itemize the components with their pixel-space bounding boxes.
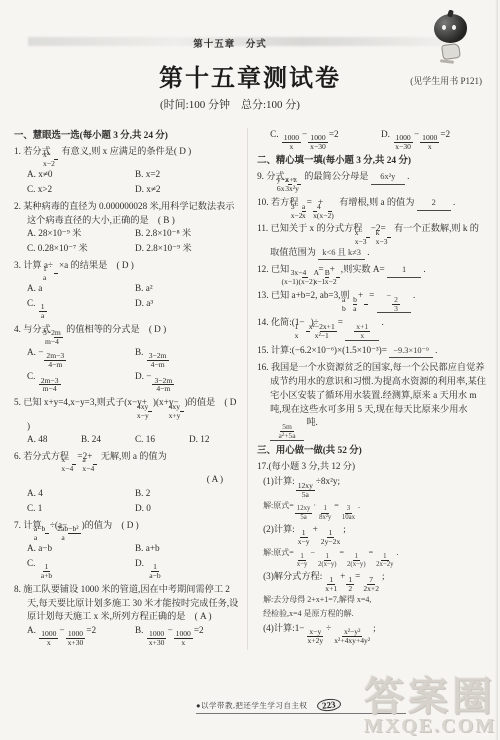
question-12: 12. 已知 3x−4(x−1)(x−2)=Ax−1+Bx−2,则实数 A= 1… bbox=[257, 263, 488, 286]
option-grid: A. 4 B. 2 C. 1 D. 0 bbox=[14, 487, 239, 516]
option-grid: C. 1000x−1000x−30=2 D. 1000x−30−1000x=2 bbox=[257, 128, 488, 151]
option-c: C. 1 bbox=[27, 502, 131, 516]
option-grid: A. x≠0 B. x=2 C. x>2 D. x≠2 bbox=[14, 168, 239, 197]
option-b: B. a² bbox=[135, 282, 239, 296]
option-grid: A. 1000x−1000x+30=2 B. 1000x+30−1000x=2 bbox=[14, 624, 239, 647]
question-16: 16. 我国是一个水资源贫乏的国家,每一个公民都应自觉养成节约用水的意识和习惯.… bbox=[257, 361, 488, 440]
option-grid: A. 48 B. 24 C. 16 D. 12 bbox=[14, 433, 239, 447]
option-c: C. 1a+b bbox=[27, 557, 131, 580]
option-grid: A. a−b B. a+b C. 1a+b D. 1a−b bbox=[14, 542, 239, 580]
chapter-header: 第十五章 分式 bbox=[0, 36, 460, 50]
option-d: D. x≠2 bbox=[135, 183, 239, 197]
question-17-intro: 17.(每小题 3 分,共 12 分) bbox=[257, 460, 488, 474]
option-grid: A. 28×10⁻⁹ 米 B. 2.8×10⁻⁸ 米 C. 0.28×10⁻⁷ … bbox=[14, 227, 239, 256]
question-15: 15. 计算:(−6.2×10⁻⁶)×(1.5×10⁻³)= −9.3×10⁻⁹… bbox=[257, 344, 488, 359]
mascot-eye-icon bbox=[442, 25, 446, 30]
two-column-body: 一、慧眼选一选(每小题 3 分,共 24 分) 1. 若分式 x²x−2 有意义… bbox=[14, 128, 488, 650]
option-a: A. 4 bbox=[27, 487, 131, 501]
answer-mark: ( A ) bbox=[14, 473, 239, 487]
option-c: C. x>2 bbox=[27, 183, 131, 197]
question-text: 3. 计算 a÷1a×a 的结果是 ( D ) bbox=[14, 259, 239, 282]
option-grid: A. a B. a² C. 1a D. a³ bbox=[14, 282, 239, 320]
question-17-part1: (1)计算:12xy5a÷8x²y; bbox=[257, 475, 488, 498]
solution-part3-line2: 经检验,x=4 是原方程的解. bbox=[257, 608, 488, 620]
question-8: 8. 施工队要铺设 1000 米的管道,因在中考期间需停工 2 天,每天要比原计… bbox=[14, 583, 239, 648]
question-4: 4. 与分式 3−2mm−4 的值相等的分式是 ( D ) A. −2m−34−… bbox=[14, 323, 239, 393]
option-b: B. 3−2m4−m bbox=[135, 346, 239, 369]
option-a: A. a bbox=[27, 282, 131, 296]
option-d: D. 1a−b bbox=[135, 557, 239, 580]
question-1: 1. 若分式 x²x−2 有意义,则 x 应满足的条件是( D ) A. x≠0… bbox=[14, 145, 239, 197]
question-2: 2. 某种病毒的直径为 0.000000028 米,用科学记数法表示这个病毒直径… bbox=[14, 200, 239, 256]
option-d: D. 0 bbox=[135, 502, 239, 516]
option-b: B. 1000x+30−1000x=2 bbox=[135, 624, 239, 647]
section3-heading: 三、用心做一做(共 52 分) bbox=[257, 444, 488, 458]
option-c: C. 1a bbox=[27, 297, 131, 320]
option-d: D. 2.8×10⁻⁹ 米 bbox=[135, 242, 239, 256]
right-column: C. 1000x−1000x−30=2 D. 1000x−30−1000x=2 … bbox=[247, 128, 488, 650]
question-10: 10. 若方程 3x−2=ax+4x(x−2) 有增根,则 a 的值为 2 . bbox=[257, 196, 488, 219]
question-3: 3. 计算 a÷1a×a 的结果是 ( D ) A. a B. a² C. 1a… bbox=[14, 259, 239, 320]
option-c: C. 16 bbox=[135, 433, 185, 447]
footer-note: ●以学带教,把还学生学习自主权 bbox=[196, 700, 307, 711]
option-b: B. a+b bbox=[135, 542, 239, 556]
question-11: 11. 已知关于 x 的分式方程 xx−3−2=kx−3 有一个正数解,则 k … bbox=[257, 222, 488, 260]
option-c: C. 1000x−1000x−30=2 bbox=[270, 128, 377, 151]
question-17-part2: (2)计算:1x−y+12y−2x; bbox=[257, 523, 488, 546]
title-row: 第十五章测试卷 (见学生用书 P121) bbox=[0, 58, 500, 98]
test-paper-page: 第十五章 分式 第十五章测试卷 (见学生用书 P121) (时间:100 分钟 … bbox=[0, 0, 500, 740]
question-text: 2. 某种病毒的直径为 0.000000028 米,用科学记数法表示这个病毒直径… bbox=[14, 200, 239, 228]
time-score-note: (时间:100 分钟 总分:100 分) bbox=[0, 96, 460, 112]
mascot-eye-icon bbox=[452, 25, 456, 30]
question-14: 14. 化简:(1−1x)÷x²−2x+1x²−1= x+1x . bbox=[257, 316, 488, 340]
solution-part2: 解:原式=1x−y−12(x−y)=12(x−y)=12x−2y. bbox=[257, 547, 488, 568]
option-d: D. 1000x−30−1000x=2 bbox=[381, 128, 488, 151]
option-a: A. 28×10⁻⁹ 米 bbox=[27, 227, 131, 241]
question-text: 8. 施工队要铺设 1000 米的管道,因在中考期间需停工 2 天,每天要比原计… bbox=[14, 583, 239, 624]
option-a: A. −2m−34−m bbox=[27, 346, 131, 369]
option-b: B. 2.8×10⁻⁸ 米 bbox=[135, 227, 239, 241]
option-grid: A. −2m−34−m B. 3−2m4−m C. 2m−3m−4 D. −3−… bbox=[14, 346, 239, 393]
question-7: 7. 计算 a−ba÷(a−2ab−b²a)的值为 ( D ) A. a−b B… bbox=[14, 519, 239, 580]
question-6: 6. 若分式方程 xx−4=2+ax−4 无解,则 a 的值为 ( A ) A.… bbox=[14, 450, 239, 516]
mascot-head-icon bbox=[434, 14, 467, 43]
solution-part1: 解:原式=12xy5a·18x²y=310ax. bbox=[257, 500, 488, 521]
section1-heading: 一、慧眼选一选(每小题 3 分,共 24 分) bbox=[14, 129, 239, 143]
option-d: D. 12 bbox=[189, 433, 239, 447]
question-17-part3: (3)解分式方程:1x+1+12=72x+2; bbox=[257, 570, 488, 593]
question-17-part4: (4)计算:1−x−yx+2y÷x²−y²x²+4xy+4y²; bbox=[257, 622, 488, 645]
page-number-badge: 223 bbox=[317, 698, 342, 712]
question-8-continued: C. 1000x−1000x−30=2 D. 1000x−30−1000x=2 bbox=[257, 128, 488, 151]
mascot-hair-icon bbox=[447, 9, 454, 17]
question-text: 7. 计算 a−ba÷(a−2ab−b²a)的值为 ( D ) bbox=[14, 519, 239, 542]
option-d: D. −3−2m4−m bbox=[135, 370, 239, 393]
question-13: 13. 已知 a+b=2, ab=3,则 ab+ba= −23 . bbox=[257, 289, 488, 313]
question-text: 6. 若分式方程 xx−4=2+ax−4 无解,则 a 的值为 bbox=[14, 450, 239, 473]
option-a: A. x≠0 bbox=[27, 168, 131, 182]
watermark-site: MXQE.COM bbox=[364, 715, 496, 738]
question-5: 5. 已知 x+y=4,x−y=3,则式子(x−y+4xyx−y)(x+y−4x… bbox=[14, 396, 239, 447]
question-text: 4. 与分式 3−2mm−4 的值相等的分式是 ( D ) bbox=[14, 323, 239, 346]
student-book-ref: (见学生用书 P121) bbox=[410, 74, 482, 87]
option-c: C. 2m−3m−4 bbox=[27, 370, 131, 393]
question-text: 5. 已知 x+y=4,x−y=3,则式子(x−y+4xyx−y)(x+y−4x… bbox=[14, 396, 239, 433]
option-a: A. a−b bbox=[27, 542, 131, 556]
option-b: B. 2 bbox=[135, 487, 239, 501]
option-a: A. 1000x−1000x+30=2 bbox=[27, 624, 131, 647]
question-9: 9. 分式 y−z6x,x+z3x²y 的最简公分母是 6x²y . bbox=[257, 170, 488, 193]
left-column: 一、慧眼选一选(每小题 3 分,共 24 分) 1. 若分式 x²x−2 有意义… bbox=[14, 128, 247, 650]
option-b: B. x=2 bbox=[135, 168, 239, 182]
option-d: D. a³ bbox=[135, 297, 239, 320]
question-text: 1. 若分式 x²x−2 有意义,则 x 应满足的条件是( D ) bbox=[14, 145, 239, 168]
option-a: A. 48 bbox=[27, 433, 77, 447]
solution-part3-line1: 解:去分母得 2+x+1=7,解得 x=4, bbox=[257, 594, 488, 606]
option-c: C. 0.28×10⁻⁷ 米 bbox=[27, 242, 131, 256]
section2-heading: 二、精心填一填(每小题 3 分,共 24 分) bbox=[257, 154, 488, 168]
option-b: B. 24 bbox=[81, 433, 131, 447]
page-footer: ●以学带教,把还学生学习自主权 223 bbox=[196, 699, 406, 714]
